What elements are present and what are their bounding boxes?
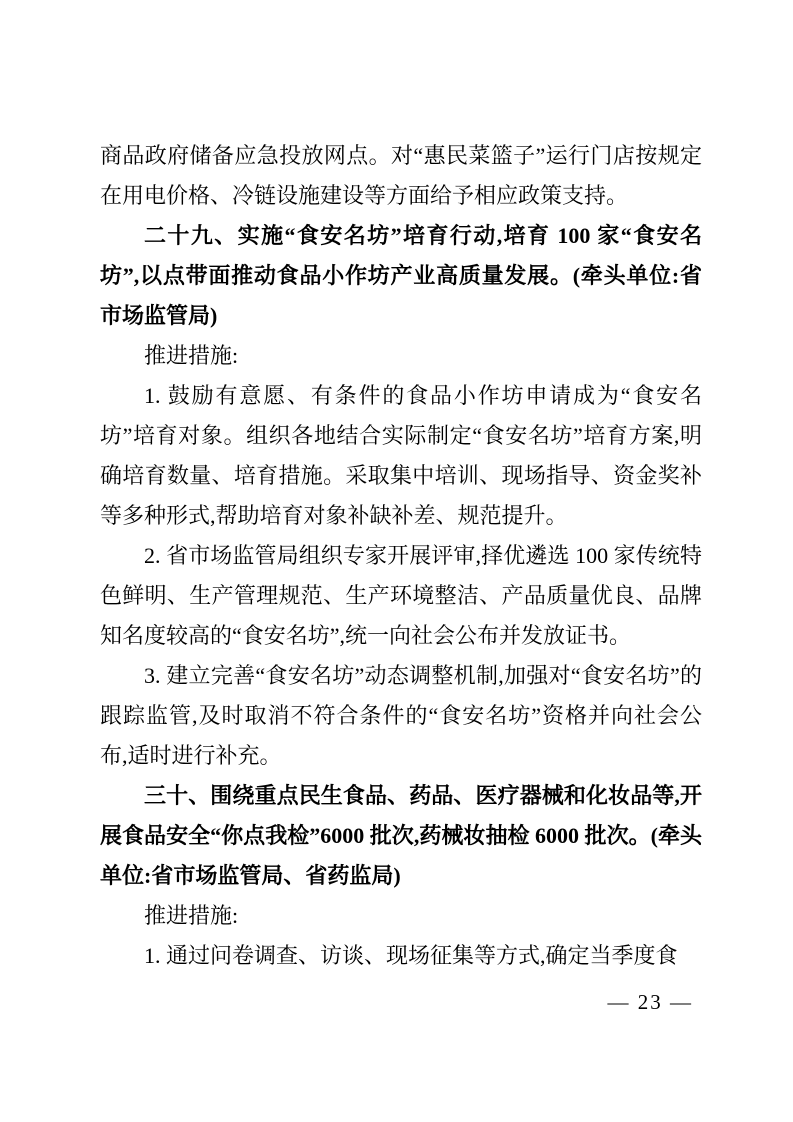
paragraph-continuation: 商品政府储备应急投放网点。对“惠民菜篮子”运行门店按规定在用电价格、冷链设施建设… bbox=[100, 136, 702, 216]
paragraph-measure-item-1b: 1. 通过问卷调查、访谈、现场征集等方式,确定当季度食 bbox=[100, 936, 702, 976]
document-page: 商品政府储备应急投放网点。对“惠民菜篮子”运行门店按规定在用电价格、冷链设施建设… bbox=[0, 0, 793, 1122]
paragraph-measures-heading-2: 推进措施: bbox=[100, 896, 702, 936]
paragraph-directive-30: 三十、围绕重点民生食品、药品、医疗器械和化妆品等,开展食品安全“你点我检”600… bbox=[100, 776, 702, 896]
page-number: — 23 — bbox=[608, 990, 694, 1014]
paragraph-directive-29: 二十九、实施“食安名坊”培育行动,培育 100 家“食安名坊”,以点带面推动食品… bbox=[100, 216, 702, 336]
paragraph-measure-item-2: 2. 省市场监管局组织专家开展评审,择优遴选 100 家传统特色鲜明、生产管理规… bbox=[100, 536, 702, 656]
paragraph-measures-heading: 推进措施: bbox=[100, 336, 702, 376]
document-body: 商品政府储备应急投放网点。对“惠民菜篮子”运行门店按规定在用电价格、冷链设施建设… bbox=[100, 136, 702, 976]
paragraph-measure-item-3: 3. 建立完善“食安名坊”动态调整机制,加强对“食安名坊”的跟踪监管,及时取消不… bbox=[100, 656, 702, 776]
paragraph-measure-item-1: 1. 鼓励有意愿、有条件的食品小作坊申请成为“食安名坊”培育对象。组织各地结合实… bbox=[100, 376, 702, 536]
